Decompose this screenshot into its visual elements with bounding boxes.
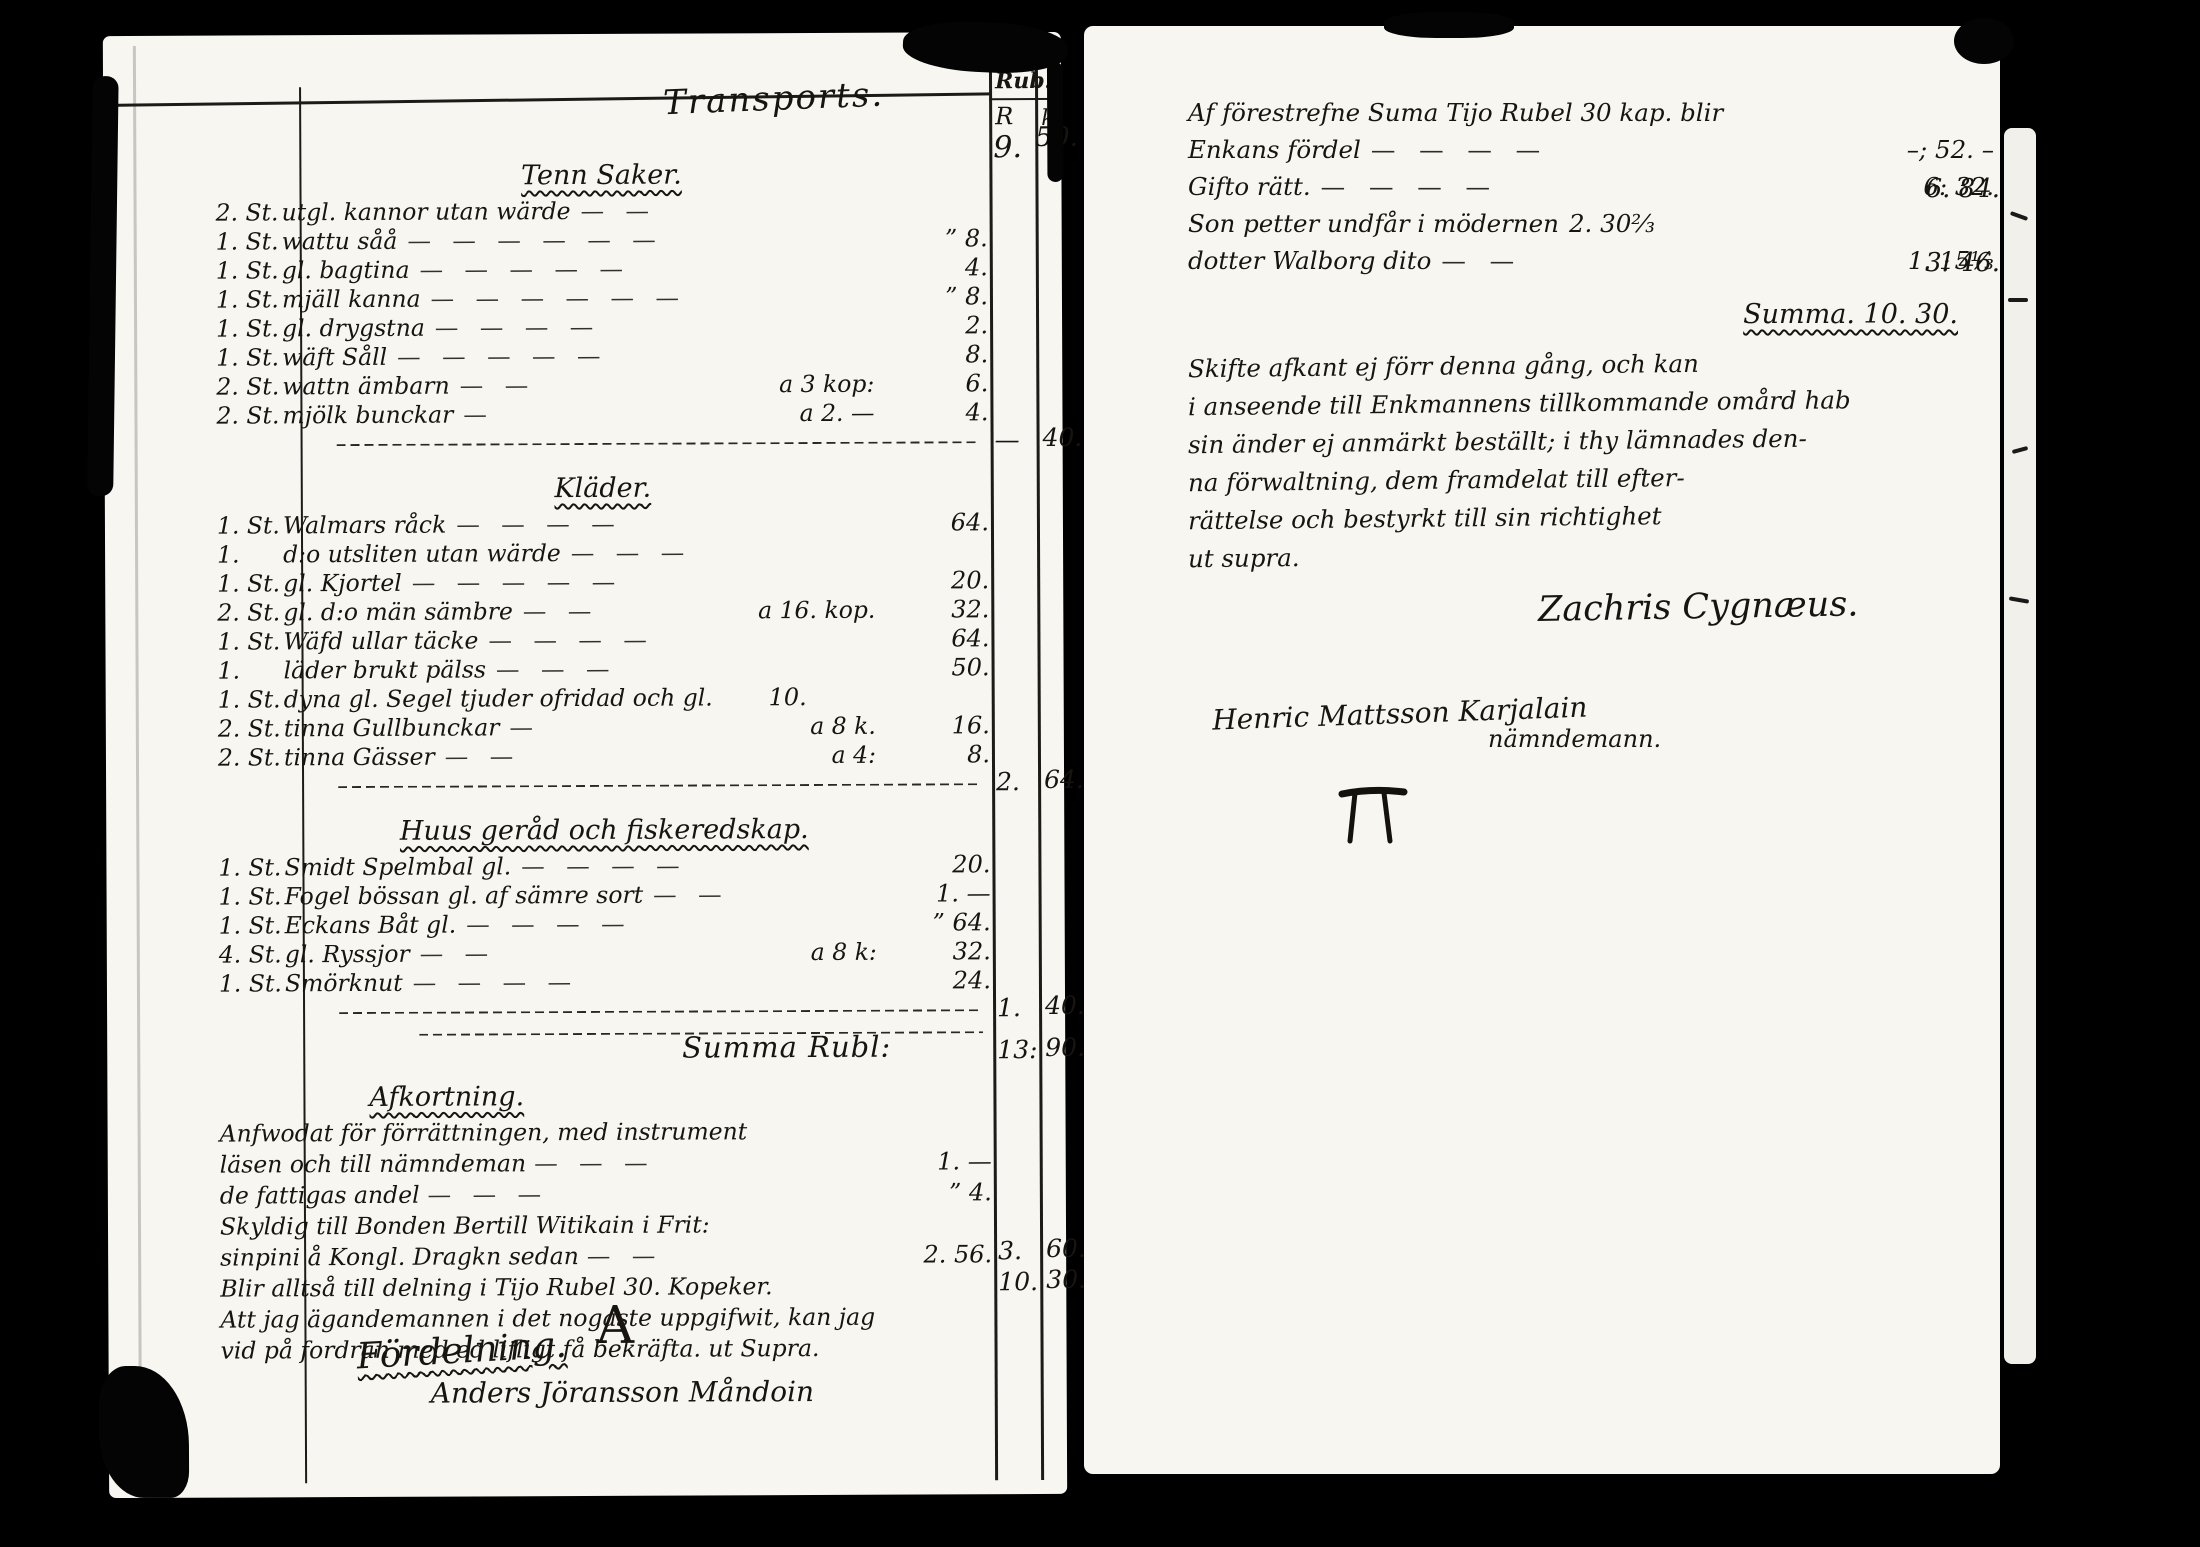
row-quantity: 1. St.	[219, 882, 285, 910]
section-subtotal: 2. 64.	[218, 771, 990, 802]
closing-paragraph: Skifte afkant ej förr denna gång, och ka…	[1188, 350, 1994, 578]
row-description: gl. drygstna	[282, 314, 425, 343]
row-description: gl. Ryssjor	[285, 940, 410, 969]
section-heading: Huus geråd och fiskeredskap.	[218, 813, 990, 847]
distribution-total: 3: 46.	[1925, 248, 2000, 278]
row-description: Walmars råck	[283, 511, 446, 540]
distribution-lines: Af förestrefne Suma Tijo Rubel 30 kap. b…	[1188, 98, 1994, 283]
subtotal-ruble: 1.	[997, 993, 1043, 1022]
row-quantity: 1. St.	[218, 685, 284, 713]
row-quantity: 1.	[217, 540, 283, 568]
ruble-column-header: R	[995, 102, 1013, 130]
row-value-kopek: 64.	[905, 624, 989, 652]
row-value-kopek: ” 64.	[907, 908, 991, 936]
row-unit-price: a 3 kop:	[779, 370, 874, 398]
row-description: mjölk bunckar	[282, 401, 453, 430]
row-value-kopek: 1. —	[907, 879, 991, 907]
row-dashes: —	[463, 399, 791, 428]
row-quantity: 2. St.	[218, 743, 284, 771]
scan-artifact	[99, 1366, 190, 1498]
inventory-row: 1. St. Walmars råck — — — — 64.	[217, 508, 989, 540]
row-quantity: 2. St.	[216, 372, 282, 400]
afkortning-row: läsen och till nämndeman — — — 1. —	[220, 1147, 992, 1181]
summa-label: Summa Rubl:	[682, 1030, 891, 1065]
afkortning-lines: Anfwodat för förrättningen, med instrume…	[220, 1116, 993, 1305]
distribution-summa: Summa. 10. 30.	[1188, 299, 1994, 330]
inventory-row: 1. St. gl. bagtina — — — — — 4.	[216, 253, 988, 285]
row-unit-price: a 16. kop.	[758, 596, 875, 625]
afkortning-row: de fattigas andel — — — ” 4.	[220, 1178, 992, 1212]
row-quantity: 1. St.	[217, 511, 283, 539]
distribution-text: Enkans fördel	[1188, 135, 1361, 164]
inventory-content: Tenn Saker. 2. St. utgl. kannor utan wär…	[215, 144, 993, 1410]
row-dashes: — — — —	[413, 967, 907, 997]
row-description: läder brukt pälss	[284, 655, 487, 684]
row-dashes: — — — —	[521, 851, 906, 881]
house-mark-a: A	[596, 1296, 634, 1356]
row-dashes: — —	[580, 195, 987, 225]
scan-artifact	[87, 76, 118, 496]
afkortning-text: Skyldig till Bonden Bertill Witikain i F…	[220, 1210, 710, 1240]
inventory-row: 2. St. gl. d:o män sämbre — — a 16. kop.…	[217, 595, 989, 627]
row-quantity: 2. St.	[216, 401, 282, 429]
official-signature: Zachris Cygnæus.	[1538, 582, 1995, 630]
distribution-row: Enkans fördel — — — — –; 52. –	[1188, 135, 1994, 172]
row-quantity: 1. St.	[219, 911, 285, 939]
row-dashes: — — — — —	[419, 254, 903, 284]
row-unit-price: a 4:	[832, 741, 876, 769]
owner-signature: Anders Jöransson Måndoin	[431, 1374, 993, 1409]
inventory-row: 1. läder brukt pälss — — — 50.	[218, 653, 990, 685]
afkortning-row: sinpini å Kongl. Dragkn sedan — — 2. 56.…	[220, 1240, 992, 1274]
afkortning-dashes: — — —	[534, 1148, 872, 1177]
row-value-kopek: ” 8.	[904, 282, 988, 310]
afkortning-text: sinpini å Kongl. Dragkn sedan	[220, 1242, 579, 1272]
row-description: mjäll kanna	[282, 285, 421, 314]
row-dashes: — — —	[496, 654, 906, 684]
row-quantity: 1.	[218, 656, 284, 684]
section-subtotal: 1. 40.	[219, 997, 991, 1028]
inventory-row: 1. St. gl. Kjortel — — — — — 20.	[217, 566, 989, 598]
row-dashes: — —	[420, 938, 803, 968]
row-value-kopek: 4.	[904, 253, 988, 281]
inventory-row: 1. St. gl. drygstna — — — — 2.	[216, 311, 988, 343]
section-heading: Kläder.	[217, 471, 989, 505]
row-value-kopek: 32.	[905, 595, 989, 623]
row-description: Smörknut	[285, 969, 403, 998]
summa-ruble: 13:	[997, 1035, 1043, 1064]
row-value-kopek: 20.	[905, 566, 989, 594]
row-quantity: 1. St.	[216, 285, 282, 313]
afkortning-inline-value: 2. 56.	[872, 1240, 992, 1269]
house-mark-pi-glyph	[1338, 783, 1408, 847]
row-quantity: 1. St.	[216, 314, 282, 342]
distribution-row: Gifto rätt. — — — — 6: 32. 6. 84.	[1188, 172, 1994, 209]
row-description: Smidt Spelmbal gl.	[284, 852, 511, 881]
afkortning-row: Skyldig till Bonden Bertill Witikain i F…	[220, 1209, 992, 1243]
afkortning-row: Anfwodat för förrättningen, med instrume…	[220, 1116, 992, 1150]
distribution-text: Son petter undfår i mödernen	[1188, 209, 1559, 238]
afkortning-dashes: — — —	[428, 1179, 872, 1209]
row-quantity: 2. St.	[218, 714, 284, 742]
row-dashes: — —	[653, 880, 907, 909]
row-value-kopek: 2.	[904, 311, 988, 339]
afkortning-dashes: — —	[587, 1241, 872, 1270]
inventory-row: 1. St. mjäll kanna — — — — — — ” 8.	[216, 282, 988, 314]
distribution-dashes: — —	[1441, 246, 1908, 275]
closing-paragraph-line: ut supra.	[1188, 536, 1994, 582]
row-dashes: — — — — — —	[431, 283, 904, 313]
inventory-row: 2. St. mjölk bunckar — a 2. — 4.	[216, 398, 988, 430]
edge-mark	[2012, 446, 2028, 454]
row-dashes: —	[509, 712, 802, 741]
inventory-row: 1. St. wattu såå — — — — — — ” 8.	[216, 224, 988, 256]
subtotal-ruble: 2.	[996, 767, 1042, 796]
row-quantity: 2. St.	[216, 198, 282, 226]
row-value-kopek: 64.	[905, 508, 989, 536]
scan-artifact	[1954, 18, 2014, 64]
distribution-dashes: — — — —	[1371, 135, 1907, 164]
next-page-edge	[2004, 128, 2036, 1364]
afkortning-text: läsen och till nämndeman	[220, 1149, 527, 1178]
section-heading: Tenn Saker.	[215, 158, 987, 192]
distribution-row: Af förestrefne Suma Tijo Rubel 30 kap. b…	[1188, 98, 1994, 135]
row-description: Wäfd ullar täcke	[283, 626, 478, 655]
scanned-book-spread: Transports. Rub: R k 9. 50. Tenn Saker. …	[0, 0, 2200, 1547]
afkortning-inline-value: 1. —	[872, 1147, 992, 1176]
inventory-row: 2. St. tinna Gässer — — a 4: 8.	[218, 740, 990, 772]
row-description: Fogel bössan gl. af sämre sort	[285, 881, 644, 911]
row-dashes: — — — —	[466, 909, 907, 939]
row-quantity: 1. St.	[216, 256, 282, 284]
transport-heading: Transports.	[662, 71, 983, 124]
carried-ruble-value: 9.	[993, 130, 1022, 165]
distribution-value: –; 52. –	[1907, 135, 1994, 164]
scan-artifact	[1384, 12, 1514, 38]
subtotal-line	[338, 783, 982, 788]
scan-artifact	[902, 18, 1069, 76]
inventory-row: 1. St. wäft Såll — — — — — 8.	[216, 340, 988, 372]
row-description: dyna gl. Segel tjuder ofridad och gl.	[284, 683, 713, 713]
row-description: gl. d:o män sämbre	[283, 597, 513, 626]
row-dashes: — — —	[571, 537, 989, 567]
row-value-kopek: 50.	[906, 653, 990, 681]
row-dashes: — — — —	[488, 625, 905, 655]
inventory-row: 1. d:o utsliten utan wärde — — —	[217, 537, 989, 569]
edge-mark	[2009, 596, 2029, 603]
row-description: wattn ämbarn	[282, 372, 449, 401]
right-page: Af förestrefne Suma Tijo Rubel 30 kap. b…	[1084, 26, 2000, 1474]
section-subtotal: — 40.	[217, 429, 989, 460]
row-description: Eckans Båt gl.	[285, 911, 457, 940]
row-quantity: 2. St.	[217, 598, 283, 626]
distribution-content: Af förestrefne Suma Tijo Rubel 30 kap. b…	[1188, 98, 1994, 853]
distribution-row: Son petter undfår i mödernen 2. 30⅔	[1188, 209, 1994, 246]
row-description: gl. bagtina	[282, 256, 410, 285]
scan-artifact	[1047, 62, 1064, 182]
inventory-row: 1. St. dyna gl. Segel tjuder ofridad och…	[218, 682, 990, 714]
row-description: wattu såå	[282, 227, 398, 256]
row-value-kopek: 8.	[906, 740, 990, 768]
left-page: Transports. Rub: R k 9. 50. Tenn Saker. …	[103, 32, 1067, 1498]
row-dashes: — — — —	[435, 312, 904, 342]
row-description: tinna Gullbunckar	[284, 713, 500, 742]
distribution-value: 2. 30⅔	[1569, 209, 1655, 238]
inventory-row: 1. St. Smörknut — — — — 24.	[219, 966, 991, 998]
row-unit-price: a 8 k.	[810, 712, 876, 740]
row-dashes: — —	[445, 741, 824, 771]
row-value-kopek: 24.	[907, 966, 991, 994]
row-description: d:o utsliten utan wärde	[283, 539, 561, 568]
row-dashes: — — — — —	[412, 567, 906, 597]
inventory-row: 2. St. tinna Gullbunckar — a 8 k. 16.	[218, 711, 990, 743]
distribution-text: dotter Walborg dito	[1188, 246, 1431, 275]
distribution-text: Gifto rätt.	[1188, 172, 1311, 201]
row-value-kopek: 10.	[723, 683, 807, 711]
row-dashes: — —	[460, 370, 772, 399]
inventory-row: 4. St. gl. Ryssjor — — a 8 k: 32.	[219, 937, 991, 969]
afkortning-ruble: 10.	[998, 1267, 1044, 1296]
row-quantity: 1. St.	[218, 853, 284, 881]
afkortning-ruble: 3.	[998, 1236, 1044, 1265]
inventory-row: 2. St. wattn ämbarn — — a 3 kop: 6.	[216, 369, 988, 401]
section-rows: 1. St. Walmars råck — — — — 64. 1. d:o u…	[217, 508, 990, 772]
row-dashes: — — — — —	[397, 341, 904, 371]
inventory-row: 1. St. Smidt Spelmbal gl. — — — — 20.	[218, 850, 990, 882]
afkortning-heading: Afkortning.	[369, 1079, 991, 1113]
inventory-row: 1. St. Wäfd ullar täcke — — — — 64.	[217, 624, 989, 656]
row-description: tinna Gässer	[284, 743, 435, 772]
row-quantity: 1. St.	[216, 343, 282, 371]
row-dashes: — — — —	[456, 509, 905, 539]
edge-mark	[2010, 211, 2028, 221]
row-value-kopek: 4.	[904, 398, 988, 426]
house-mark-pi	[1338, 783, 1994, 853]
afkortning-text: Blir alltså till delning i Tijo Rubel 30…	[220, 1272, 772, 1302]
distribution-total: 6. 84.	[1926, 174, 2000, 204]
row-value-kopek: 6.	[904, 369, 988, 397]
afkortning-text: Anfwodat för förrättningen, med instrume…	[220, 1117, 748, 1147]
section-rows: 1. St. Smidt Spelmbal gl. — — — — 20. 1.…	[218, 850, 991, 998]
distribution-row: dotter Walborg dito — — 1. 15⅓ 3: 46.	[1188, 246, 1994, 283]
row-value-kopek: 16.	[906, 711, 990, 739]
row-value-kopek: ” 8.	[904, 224, 988, 252]
afkortning-inline-value: ” 4.	[872, 1178, 992, 1207]
distribution-text: Af förestrefne Suma Tijo Rubel 30 kap. b…	[1188, 98, 1723, 127]
subtotal-ruble: —	[995, 425, 1041, 454]
row-value-kopek: 32.	[907, 937, 991, 965]
inventory-row: 1. St. Eckans Båt gl. — — — — ” 64.	[219, 908, 991, 940]
witness-title: nämndemann.	[1488, 725, 1994, 753]
row-description: wäft Såll	[282, 343, 387, 371]
afkortning-text: de fattigas andel	[220, 1181, 420, 1210]
distribution-dashes: — — — —	[1321, 172, 1924, 201]
row-quantity: 1. St.	[219, 969, 285, 997]
summa-row: Summa Rubl: 13: 90.	[219, 1029, 991, 1072]
row-description: gl. Kjortel	[283, 569, 402, 598]
row-quantity: 4. St.	[219, 940, 285, 968]
subtotal-line	[337, 441, 981, 446]
row-value-kopek: 20.	[906, 850, 990, 878]
row-quantity: 1. St.	[217, 569, 283, 597]
row-dashes: — — — — — —	[407, 225, 903, 255]
section-rows: 2. St. utgl. kannor utan wärde — — 1. St…	[216, 195, 989, 430]
inventory-row: 1. St. Fogel bössan gl. af sämre sort — …	[219, 879, 991, 911]
row-value-kopek: 8.	[904, 340, 988, 368]
row-unit-price: a 2. —	[800, 399, 875, 427]
row-unit-price: a 8 k:	[811, 938, 877, 966]
row-description: utgl. kannor utan wärde	[282, 197, 571, 226]
inventory-row: 2. St. utgl. kannor utan wärde — —	[216, 195, 988, 227]
page-fold-line	[133, 46, 142, 1486]
subtotal-line	[339, 1009, 983, 1014]
row-quantity: 1. St.	[217, 627, 283, 655]
row-dashes: — —	[523, 596, 750, 625]
row-quantity: 1. St.	[216, 227, 282, 255]
edge-mark	[2008, 298, 2028, 302]
